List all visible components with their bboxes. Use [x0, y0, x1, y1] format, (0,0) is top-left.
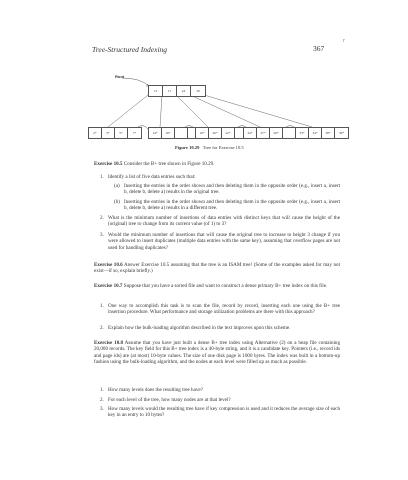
leaf-node: 19* 20* 22* [195, 127, 249, 139]
item-number: 1. [100, 387, 104, 393]
leaf-entry: 20* [209, 128, 222, 138]
exercise-heading: Exercise 10.5 [94, 161, 122, 167]
ex108-q1: 1. How many levels does the resulting tr… [108, 387, 340, 393]
exercise-text: Consider the B+ tree shown in Figure 10.… [124, 161, 215, 167]
exercise-10-5-intro: Exercise 10.5 Consider the B+ tree shown… [94, 161, 340, 167]
item-number: 3. [100, 406, 104, 412]
item-number: 2. [100, 397, 104, 403]
exercise-10-6: Exercise 10.6 Answer Exercise 10.5 assum… [94, 262, 340, 275]
ex105-q1b: (b) Inserting the entries in the order s… [124, 199, 340, 212]
leaf-node: 24* 27* 29* [243, 127, 297, 139]
stray-mark: r [343, 38, 345, 44]
leaf-entry: 19* [196, 128, 209, 138]
item-text: Inserting the entries in the order shown… [124, 183, 340, 195]
item-number: 1. [100, 174, 104, 180]
leaf-entry: 29* [270, 128, 283, 138]
leaf-entry: 3* [102, 128, 115, 138]
exercise-text: Answer Exercise 10.5 assuming that the t… [94, 262, 340, 274]
item-text: Explain how the bulk-loading algorithm d… [108, 325, 290, 331]
ex108-q2: 2. For each level of the tree, how many … [108, 397, 340, 403]
ex105-q2: 2. What is the minimum number of inserti… [108, 215, 340, 228]
leaf-node: 14* 16* [148, 127, 202, 139]
leaf-entry: 14* [149, 128, 162, 138]
item-label: (b) [114, 199, 120, 205]
item-text: What is the minimum number of insertions… [108, 215, 340, 227]
exercise-text: Assume that you have just built a dense … [94, 340, 340, 365]
item-label: (a) [114, 183, 120, 189]
leaf-entry: 27* [257, 128, 270, 138]
ex108-q3: 3. How many levels would the resulting t… [108, 406, 340, 419]
document-page: Tree-Structured Indexing 367 r Root 13 1… [0, 0, 408, 480]
item-number: 2. [100, 215, 104, 221]
item-text: How many levels does the resulting tree … [108, 387, 203, 393]
tree-edges [88, 62, 408, 162]
ex105-q1: 1. Identify a list of five data entries … [108, 174, 340, 180]
exercise-10-8: Exercise 10.8 Assume that you have just … [94, 340, 340, 366]
leaf-entry: 7* [128, 128, 141, 138]
caption-text: Tree for Exercise 10.5 [203, 145, 244, 150]
ex105-q1a: (a) Inserting the entries in the order s… [124, 183, 340, 196]
leaf-entry: 22* [222, 128, 235, 138]
item-number: 1. [100, 303, 104, 309]
item-number: 3. [100, 232, 104, 238]
root-key: 24 [177, 86, 191, 96]
figure-caption: Figure 10.29 Tree for Exercise 10.5 [175, 145, 244, 150]
bplus-tree-figure: Root 13 17 24 30 2* 3* 5* 7* 14* 16* 19*… [88, 62, 408, 162]
root-key: 17 [163, 86, 177, 96]
item-text: One way to accomplish this task is to sc… [108, 303, 340, 315]
leaf-entry: 39* [335, 128, 348, 138]
leaf-entry: 34* [309, 128, 322, 138]
ex105-q3: 3. Would the minimum number of insertion… [108, 232, 340, 251]
page-number: 367 [313, 44, 324, 53]
exercise-text: Suppose that you have a sorted file and … [124, 283, 327, 289]
item-text: Would the minimum number of insertions t… [108, 232, 340, 251]
leaf-entry: 16* [162, 128, 175, 138]
caption-label: Figure 10.29 [175, 145, 199, 150]
leaf-node: 33* 34* 38* 39* [295, 127, 349, 139]
item-number: 2. [100, 325, 104, 331]
item-text: How many levels would the resulting tree… [108, 406, 340, 418]
leaf-entry: 2* [89, 128, 102, 138]
root-label: Root [115, 74, 124, 79]
item-text: For each level of the tree, how many nod… [108, 397, 231, 403]
exercise-10-7: Exercise 10.7 Suppose that you have a so… [94, 283, 340, 289]
leaf-entry: 38* [322, 128, 335, 138]
ex107-q2: 2. Explain how the bulk-loading algorith… [108, 325, 340, 331]
leaf-entry [175, 128, 188, 138]
root-node: 13 17 24 30 [148, 85, 206, 97]
ex107-q1: 1. One way to accomplish this task is to… [108, 303, 340, 316]
leaf-entry: 33* [296, 128, 309, 138]
root-key: 13 [149, 86, 163, 96]
leaf-entry: 24* [244, 128, 257, 138]
running-head: Tree-Structured Indexing [92, 45, 167, 54]
item-text: Inserting the entries in the order shown… [124, 199, 340, 211]
exercise-heading: Exercise 10.7 [94, 283, 122, 289]
root-key: 30 [191, 86, 205, 96]
leaf-node: 2* 3* 5* 7* [88, 127, 142, 139]
item-text: Identify a list of five data entries suc… [108, 174, 195, 180]
leaf-entry: 5* [115, 128, 128, 138]
